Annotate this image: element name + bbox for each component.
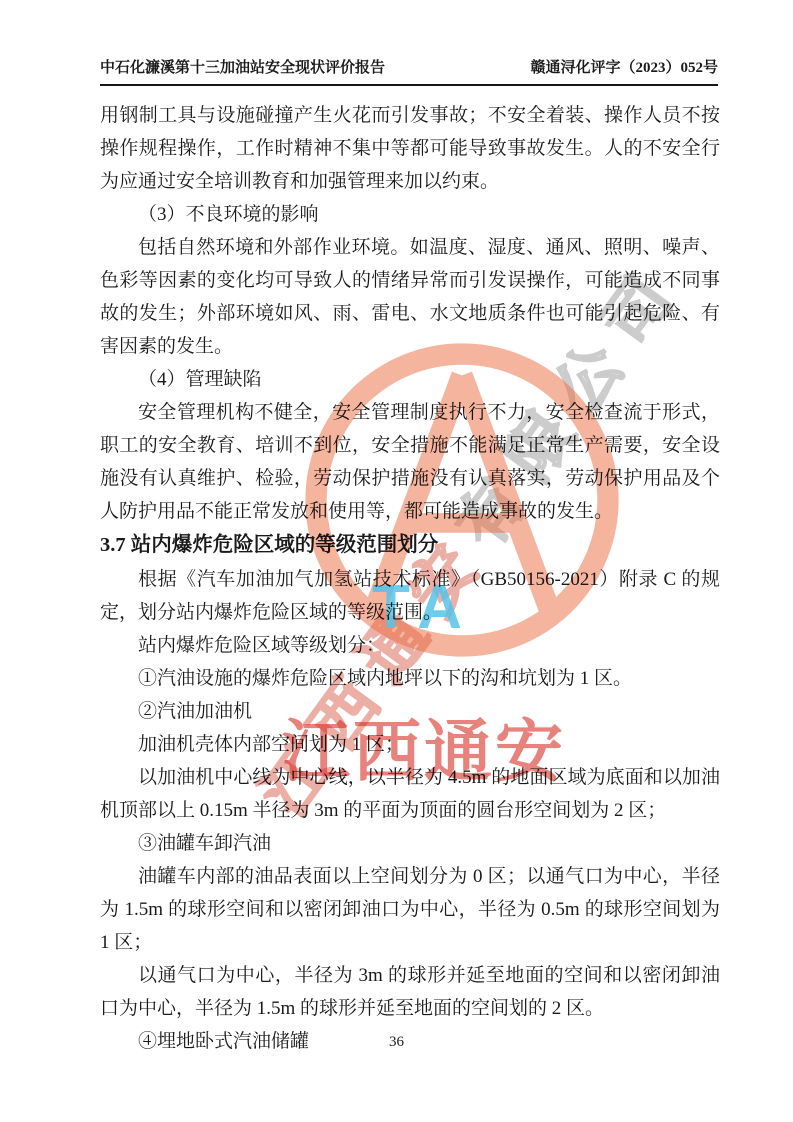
body-paragraph: ③油罐车卸汽油 xyxy=(100,827,720,860)
body-paragraph: （3）不良环境的影响 xyxy=(100,198,720,231)
section-heading: 3.7 站内爆炸危险区域的等级范围划分 xyxy=(100,529,720,562)
body-paragraph: 加油机壳体内部空间划为 1 区； xyxy=(100,728,720,761)
body-paragraph: 油罐车内部的油品表面以上空间划分为 0 区；以通气口为中心，半径为 1.5m 的… xyxy=(100,860,720,959)
page-number: 36 xyxy=(389,1034,404,1050)
page-footer: 36 xyxy=(0,1034,793,1051)
header-doc-number: 赣通浔化评字（2023）052号 xyxy=(530,56,718,77)
body-paragraphs: 用钢制工具与设施碰撞产生火花而引发事故；不安全着装、操作人员不按操作规程操作，工… xyxy=(100,99,720,1058)
body-paragraph: 根据《汽车加油加气加氢站技术标准》（GB50156-2021）附录 C 的规定，… xyxy=(100,563,720,629)
body-paragraph: 用钢制工具与设施碰撞产生火花而引发事故；不安全着装、操作人员不按操作规程操作，工… xyxy=(100,99,720,198)
body-paragraph: 站内爆炸危险区域等级划分： xyxy=(100,629,720,662)
body-paragraph: ②汽油加油机 xyxy=(100,695,720,728)
body-paragraph: 包括自然环境和外部作业环境。如温度、湿度、通风、照明、噪声、色彩等因素的变化均可… xyxy=(100,231,720,363)
document-page: 中石化濂溪第十三加油站安全现状评价报告 赣通浔化评字（2023）052号 用钢制… xyxy=(0,0,793,1122)
body-paragraph: 以通气口为中心，半径为 3m 的球形并延至地面的空间和以密闭卸油口为中心，半径为… xyxy=(100,959,720,1025)
page-header: 中石化濂溪第十三加油站安全现状评价报告 赣通浔化评字（2023）052号 xyxy=(100,56,718,86)
header-report-title: 中石化濂溪第十三加油站安全现状评价报告 xyxy=(100,56,385,77)
body-paragraph: （4）管理缺陷 xyxy=(100,363,720,396)
body-paragraph: ①汽油设施的爆炸危险区域内地坪以下的沟和坑划为 1 区。 xyxy=(100,662,720,695)
body-paragraph: 安全管理机构不健全，安全管理制度执行不力，安全检查流于形式，职工的安全教育、培训… xyxy=(100,396,720,528)
body-paragraph: 以加油机中心线为中心线，以半径为 4.5m 的地面区域为底面和以加油机顶部以上 … xyxy=(100,761,720,827)
